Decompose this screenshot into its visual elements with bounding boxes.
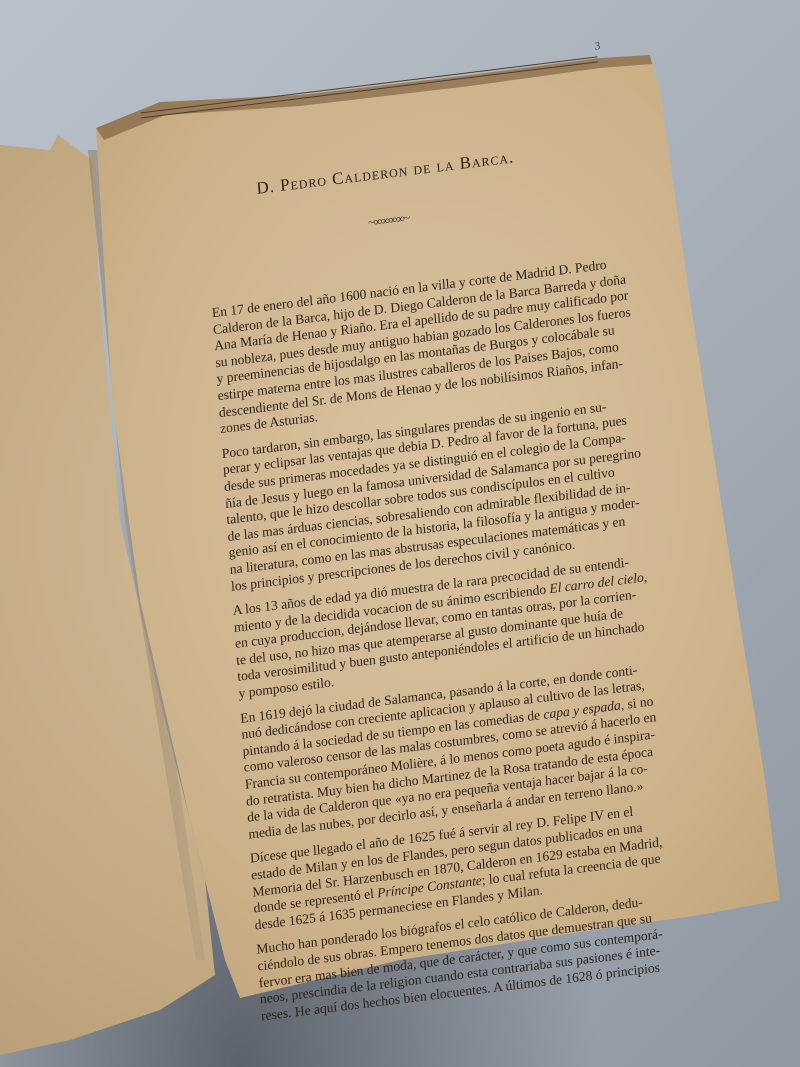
body-text: En 17 de enero del año 1600 nació en la … — [190, 251, 707, 1036]
page-number: 3 — [594, 40, 600, 53]
